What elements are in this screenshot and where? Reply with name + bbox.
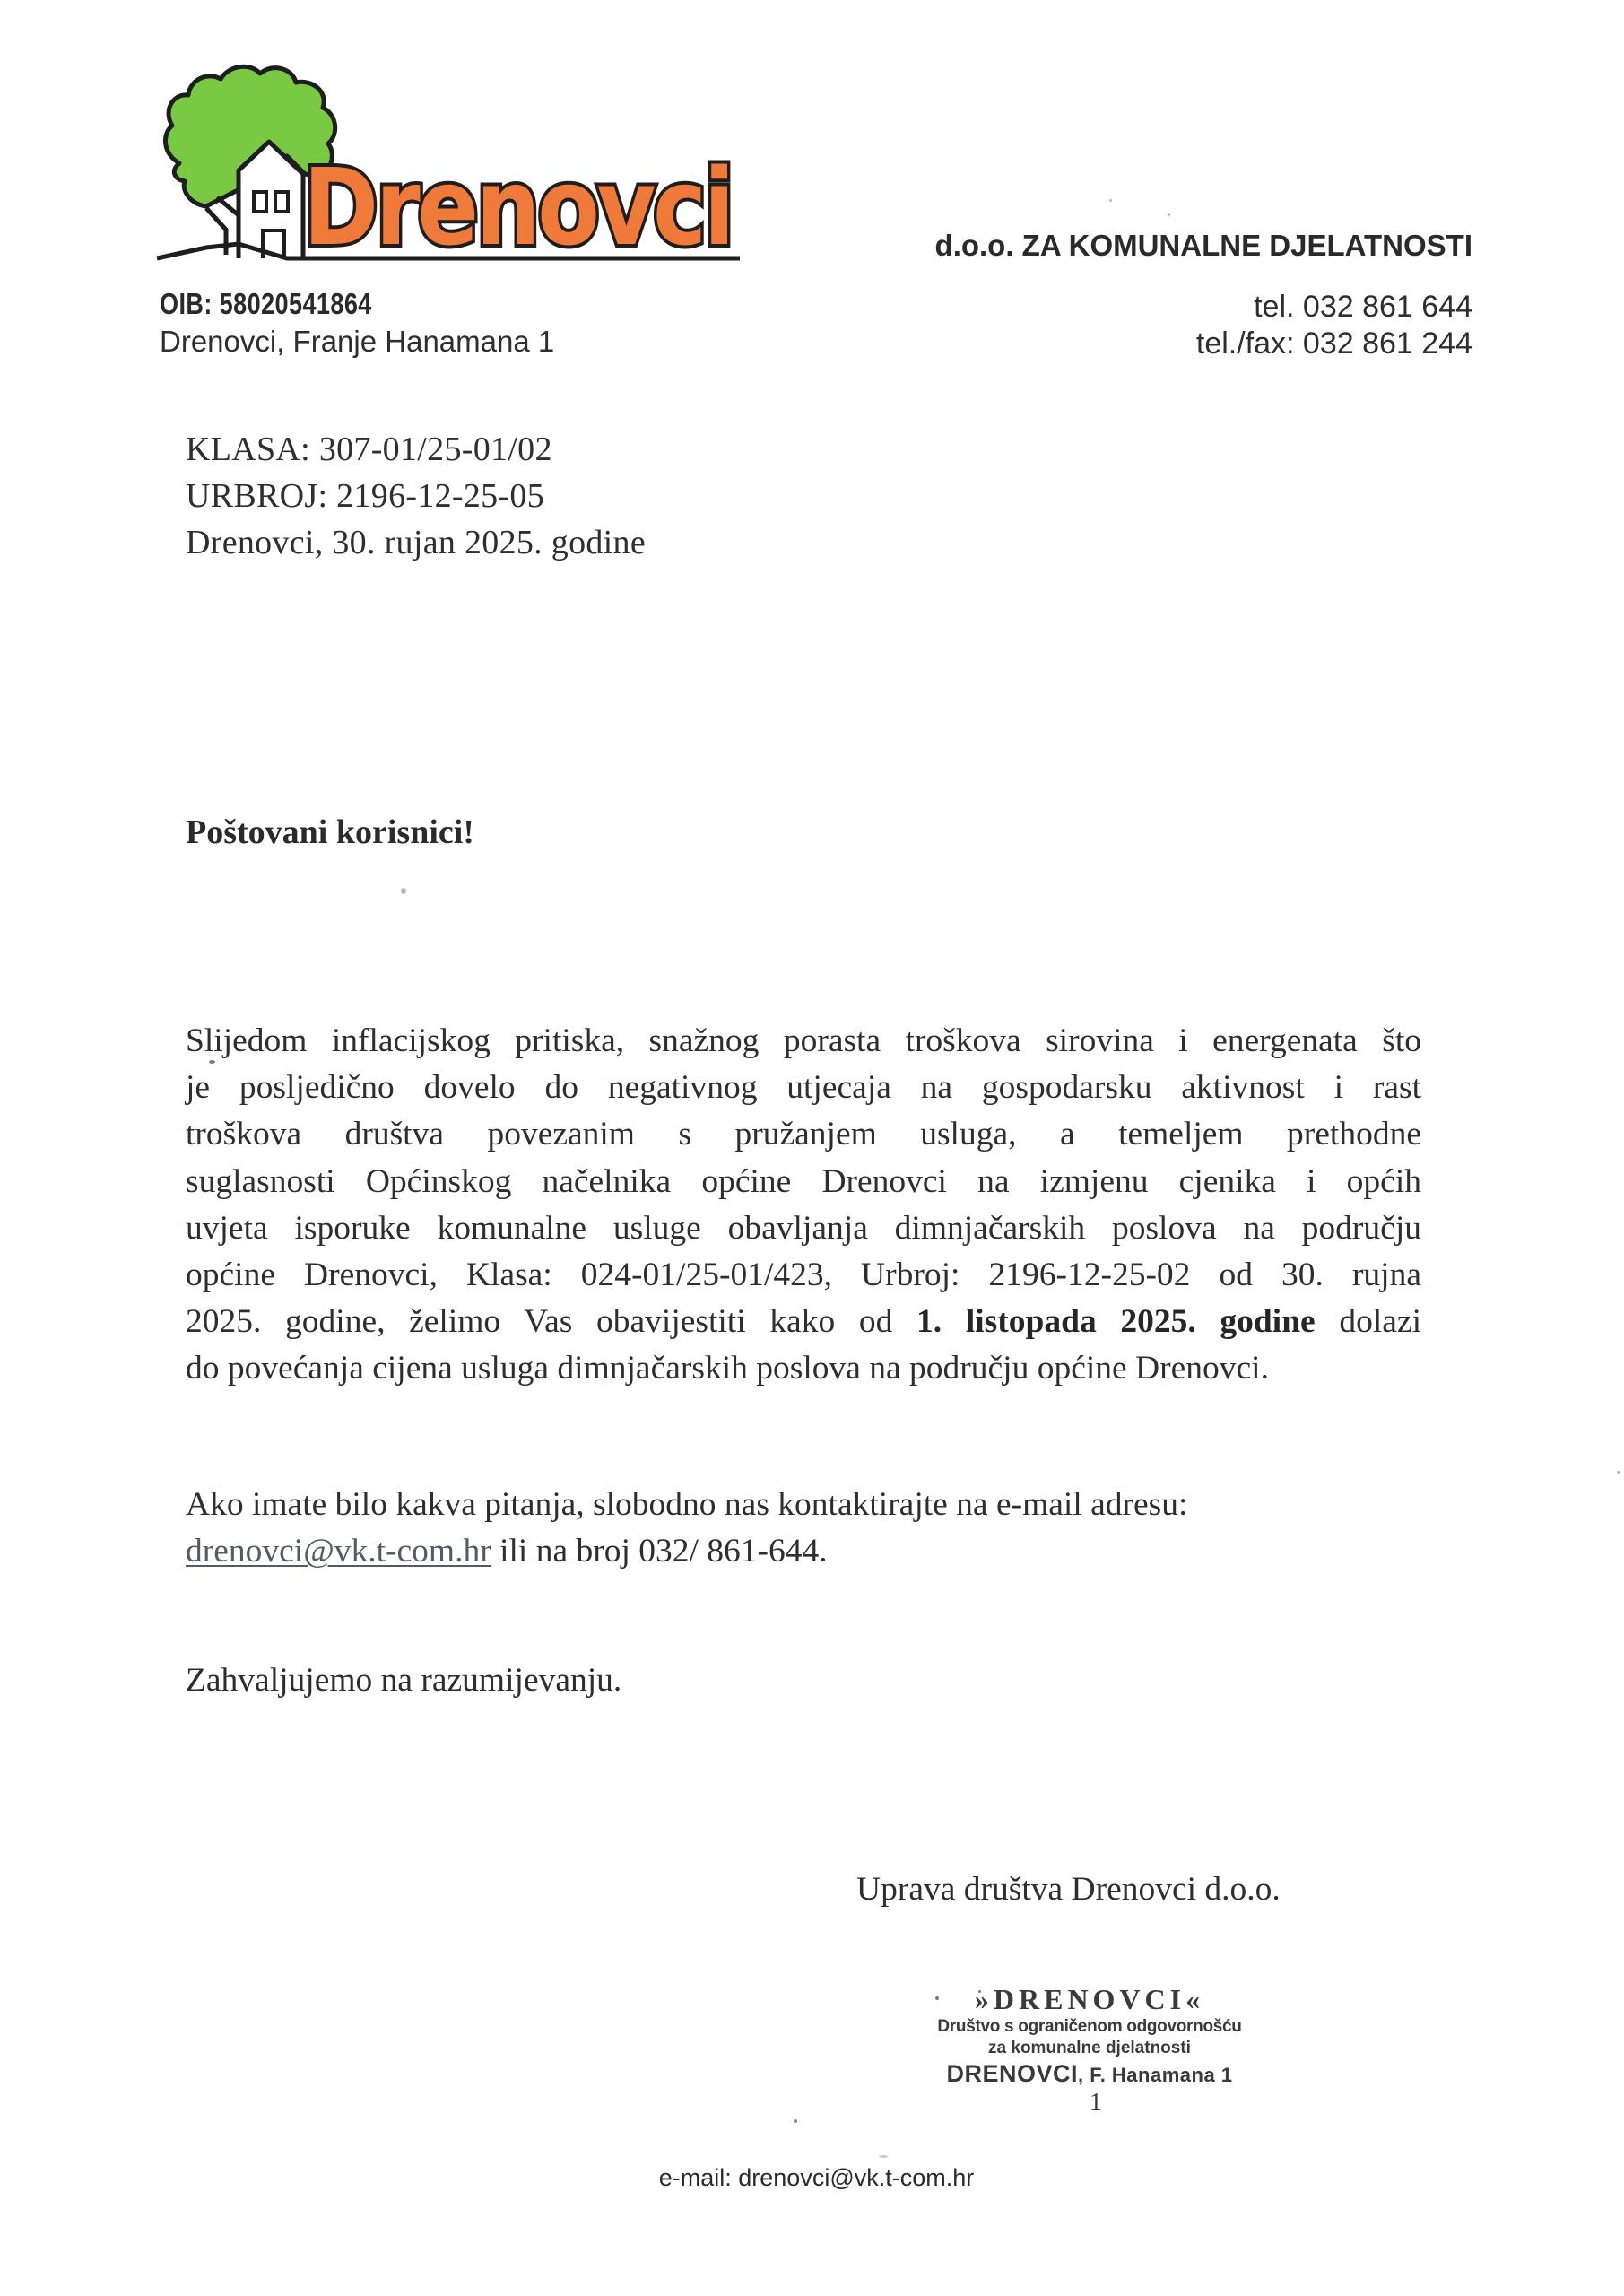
salutation: Poštovani korisnici! xyxy=(186,813,474,852)
oib-number: OIB: 58020541864 xyxy=(160,287,372,321)
paragraph-line: je posljedično dovelo do negativnog utje… xyxy=(186,1065,1421,1111)
stamp-number: 1 xyxy=(923,2090,1269,2117)
scan-speck xyxy=(209,1060,215,1064)
email-link[interactable]: drenovci@vk.t-com.hr xyxy=(186,1533,491,1570)
signature: Uprava društva Drenovci d.o.o. xyxy=(856,1870,1281,1909)
main-paragraph: Slijedom inflacijskog pritiska, snažnog … xyxy=(186,1018,1421,1393)
paragraph-text: 2025. godine, želimo Vas obavijestiti ka… xyxy=(186,1303,916,1340)
contact-phones: tel. 032 861 644 tel./fax: 032 861 244 xyxy=(1196,289,1472,362)
stamp-address: DRENOVCI, F. Hanamana 1 xyxy=(910,2059,1269,2090)
paragraph-line: suglasnosti Općinskog načelnika općine D… xyxy=(186,1159,1421,1205)
footer-email: e-mail: drenovci@vk.t-com.hr xyxy=(0,2164,1624,2192)
scan-speck xyxy=(1617,1471,1620,1474)
contact-line: Ako imate bilo kakva pitanja, slobodno n… xyxy=(186,1482,1187,1528)
phone-text: ili na broj 032/ 861-644. xyxy=(491,1533,828,1570)
stamp-street: , F. Hanamana 1 xyxy=(1078,2064,1233,2086)
company-type: d.o.o. ZA KOMUNALNE DJELATNOSTI xyxy=(935,229,1472,263)
scan-speck xyxy=(1168,213,1170,216)
urbroj: URBROJ: 2196-12-25-05 xyxy=(186,473,646,519)
stamp-city: DRENOVCI xyxy=(946,2060,1078,2087)
reference-block: KLASA: 307-01/25-01/02 URBROJ: 2196-12-2… xyxy=(186,426,646,566)
telephone-fax: tel./fax: 032 861 244 xyxy=(1196,326,1472,362)
klasa: KLASA: 307-01/25-01/02 xyxy=(186,426,646,473)
stamp-line: za komunalne djelatnosti xyxy=(910,2038,1269,2059)
scan-speck xyxy=(1109,199,1112,202)
stamp-line: Društvo s ograničenom odgovornošću xyxy=(910,2016,1269,2038)
tree-house-logo-icon: Drenovci xyxy=(152,56,744,266)
company-logo: Drenovci xyxy=(152,56,744,266)
stamp-title: »DRENOVCI« xyxy=(910,1982,1269,2016)
paragraph-line: 2025. godine, želimo Vas obavijestiti ka… xyxy=(186,1299,1421,1345)
svg-text:Drenovci: Drenovci xyxy=(303,145,732,266)
paragraph-text: dolazi xyxy=(1316,1303,1421,1340)
effective-date: 1. listopada 2025. godine xyxy=(916,1303,1316,1340)
paragraph-line: uvjeta isporuke komunalne usluge obavlja… xyxy=(186,1205,1421,1252)
scan-speck xyxy=(401,888,406,894)
contact-paragraph: Ako imate bilo kakva pitanja, slobodno n… xyxy=(186,1482,1187,1575)
paragraph-line: Slijedom inflacijskog pritiska, snažnog … xyxy=(186,1018,1421,1065)
contact-line: drenovci@vk.t-com.hr ili na broj 032/ 86… xyxy=(186,1528,1187,1575)
paragraph-line: troškova društva povezanim s pružanjem u… xyxy=(186,1111,1421,1158)
company-address: Drenovci, Franje Hanamana 1 xyxy=(160,325,554,359)
telephone: tel. 032 861 644 xyxy=(1196,289,1472,326)
place-date: Drenovci, 30. rujan 2025. godine xyxy=(186,519,646,566)
company-stamp: »DRENOVCI« Društvo s ograničenom odgovor… xyxy=(910,1982,1269,2117)
paragraph-line: do povećanja cijena usluga dimnjačarskih… xyxy=(186,1345,1421,1392)
scan-speck xyxy=(879,2155,888,2158)
scan-speck xyxy=(978,1990,981,1993)
scan-speck xyxy=(935,1996,939,2000)
paragraph-line: općine Drenovci, Klasa: 024-01/25-01/423… xyxy=(186,1252,1421,1299)
closing-thanks: Zahvaljujemo na razumijevanju. xyxy=(186,1661,621,1700)
scan-speck xyxy=(794,2119,797,2123)
